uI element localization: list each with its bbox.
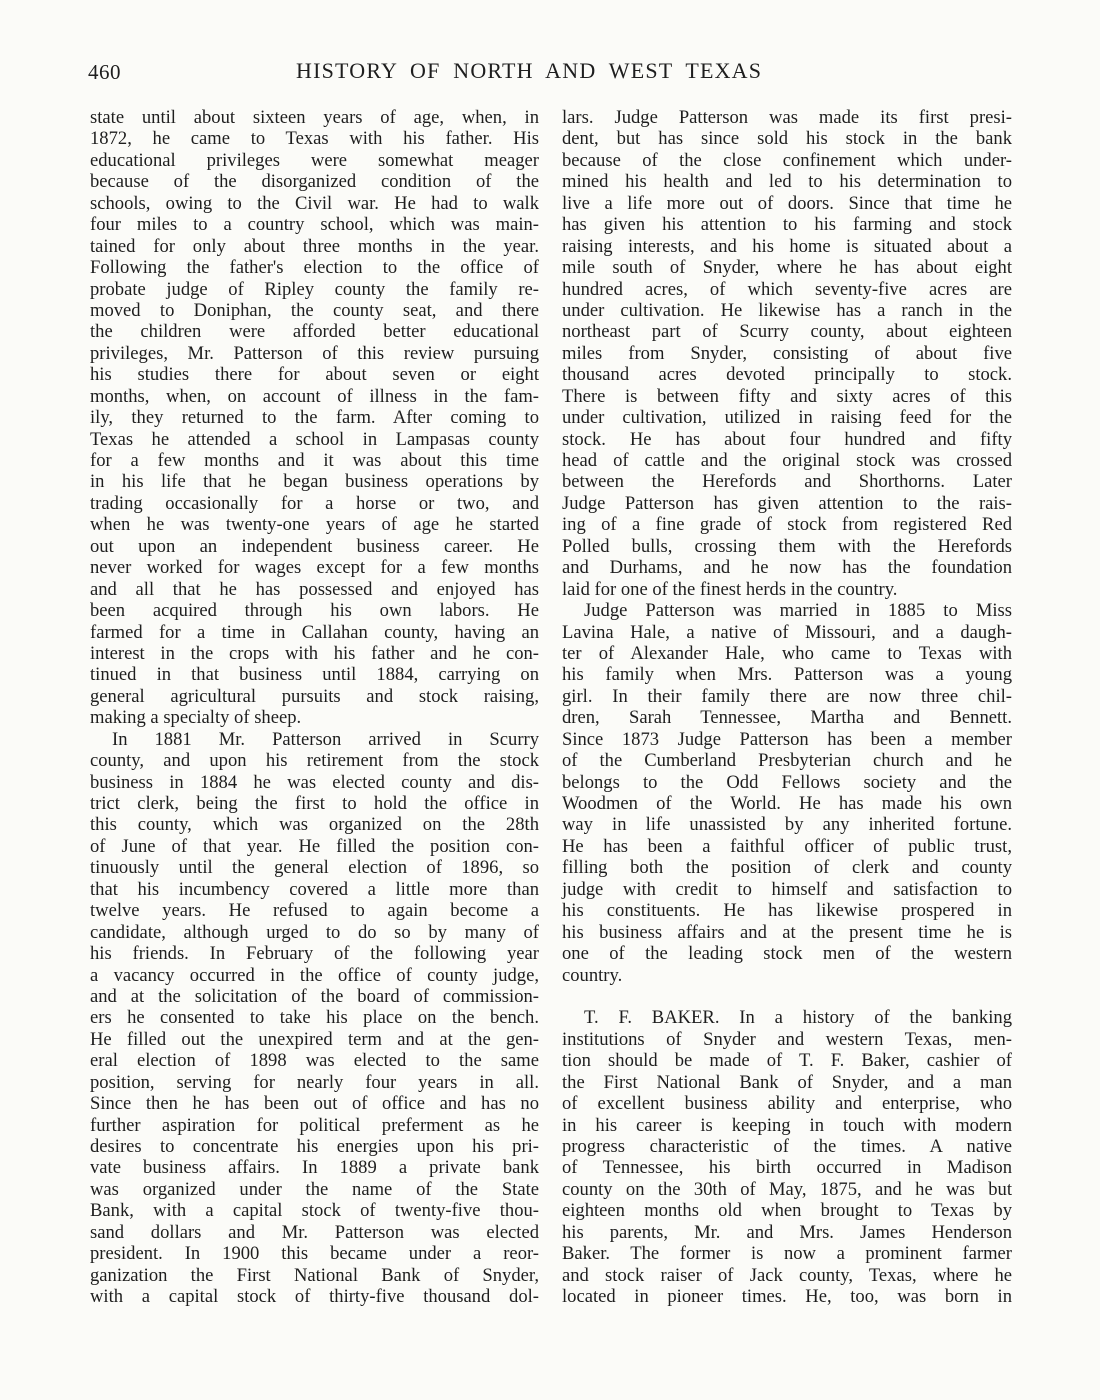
text-line: progress characteristic of the times. A … [562,1136,1012,1157]
text-line: making a specialty of sheep. [90,707,539,728]
text-line: tained for only about three months in th… [90,236,539,257]
text-line: 1872, he came to Texas with his father. … [90,128,539,149]
text-line: vate business affairs. In 1889 a private… [90,1157,539,1178]
text-line: moved to Doniphan, the county seat, and … [90,300,539,321]
text-line: laid for one of the finest herds in the … [562,579,1012,600]
text-line: his constituents. He has likewise prospe… [562,900,1012,921]
page-number: 460 [88,60,121,85]
text-line: because of the disorganized condition of… [90,171,539,192]
text-line: Judge Patterson has given attention to t… [562,493,1012,514]
text-line: located in pioneer times. He, too, was b… [562,1286,1012,1307]
text-line: There is between fifty and sixty acres o… [562,386,1012,407]
text-line: of Tennessee, his birth occurred in Madi… [562,1157,1012,1178]
text-line: four miles to a country school, which wa… [90,214,539,235]
text-line: dren, Sarah Tennessee, Martha and Bennet… [562,707,1012,728]
text-line: Following the father's election to the o… [90,257,539,278]
text-line: has given his attention to his farming a… [562,214,1012,235]
text-line: lars. Judge Patterson was made its first… [562,107,1012,128]
text-line: dent, but has since sold his stock in th… [562,128,1012,149]
text-line: country. [562,965,1012,986]
text-line: thousand acres devoted principally to st… [562,364,1012,385]
text-line: and stock raiser of Jack county, Texas, … [562,1265,1012,1286]
text-line: head of cattle and the original stock wa… [562,450,1012,471]
text-line: tion should be made of T. F. Baker, cash… [562,1050,1012,1071]
text-line: privileges, Mr. Patterson of this review… [90,343,539,364]
text-line: tinuously until the general election of … [90,857,539,878]
text-line: girl. In their family there are now thre… [562,686,1012,707]
text-line: probate judge of Ripley county the famil… [90,279,539,300]
text-line: that his incumbency covered a little mor… [90,879,539,900]
text-line: Judge Patterson was married in 1885 to M… [562,600,1012,621]
text-line: president. In 1900 this became under a r… [90,1243,539,1264]
text-line: way in life unassisted by any inherited … [562,814,1012,835]
text-line: schools, owing to the Civil war. He had … [90,193,539,214]
text-line: county, and upon his retirement from the… [90,750,539,771]
text-line: institutions of Snyder and western Texas… [562,1029,1012,1050]
text-line: desires to concentrate his energies upon… [90,1136,539,1157]
text-line: trict clerk, being the first to hold the… [90,793,539,814]
text-line: northeast part of Scurry county, about e… [562,321,1012,342]
text-line: his business affairs and at the present … [562,922,1012,943]
text-line: raising interests, and his home is situa… [562,236,1012,257]
text-line: under cultivation, utilized in raising f… [562,407,1012,428]
text-line: in his career is keeping in touch with m… [562,1115,1012,1136]
text-line: eighteen months old when brought to Texa… [562,1200,1012,1221]
text-line: the children were afforded better educat… [90,321,539,342]
text-line: In 1881 Mr. Patterson arrived in Scurry [90,729,539,750]
text-line: sand dollars and Mr. Patterson was elect… [90,1222,539,1243]
text-line: mile south of Snyder, where he has about… [562,257,1012,278]
text-line: his studies there for about seven or eig… [90,364,539,385]
text-line: live a life more out of doors. Since tha… [562,193,1012,214]
text-line: and all that he has possessed and enjoye… [90,579,539,600]
text-line: a vacancy occurred in the office of coun… [90,965,539,986]
text-line: T. F. BAKER. In a history of the banking [562,1007,1012,1028]
text-line: ing of a fine grade of stock from regist… [562,514,1012,535]
text-line: in his life that he began business opera… [90,471,539,492]
text-line: of excellent business ability and enterp… [562,1093,1012,1114]
text-line: Polled bulls, crossing them with the Her… [562,536,1012,557]
text-line: belongs to the Odd Fellows society and t… [562,772,1012,793]
text-line: tinued in that business until 1884, carr… [90,664,539,685]
text-line: because of the close confinement which u… [562,150,1012,171]
text-line: position, serving for nearly four years … [90,1072,539,1093]
text-line: this county, which was organized on the … [90,814,539,835]
text-line: ganization the First National Bank of Sn… [90,1265,539,1286]
text-line: of the Cumberland Presbyterian church an… [562,750,1012,771]
text-line: when he was twenty-one years of age he s… [90,514,539,535]
text-line: been acquired through his own labors. He [90,600,539,621]
text-line: months, when, on account of illness in t… [90,386,539,407]
text-line: county on the 30th of May, 1875, and he … [562,1179,1012,1200]
page-header: 460 HISTORY OF NORTH AND WEST TEXAS [88,58,1018,88]
text-line: Since 1873 Judge Patterson has been a me… [562,729,1012,750]
text-line: candidate, although urged to do so by ma… [90,922,539,943]
text-line: miles from Snyder, consisting of about f… [562,343,1012,364]
text-line: of June of that year. He filled the posi… [90,836,539,857]
right-column: lars. Judge Patterson was made its first… [562,107,1012,1308]
text-line: one of the leading stock men of the west… [562,943,1012,964]
text-line: Texas he attended a school in Lampasas c… [90,429,539,450]
text-line: for a few months and it was about this t… [90,450,539,471]
text-line: interest in the crops with his father an… [90,643,539,664]
text-line: general agricultural pursuits and stock … [90,686,539,707]
text-line: business in 1884 he was elected county a… [90,772,539,793]
text-line: hundred acres, of which seventy-five acr… [562,279,1012,300]
text-line: between the Herefords and Shorthorns. La… [562,471,1012,492]
text-line: trading occasionally for a horse or two,… [90,493,539,514]
text-line: Lavina Hale, a native of Missouri, and a… [562,622,1012,643]
text-line: ily, they returned to the farm. After co… [90,407,539,428]
text-line: further aspiration for political preferm… [90,1115,539,1136]
running-head: HISTORY OF NORTH AND WEST TEXAS [296,58,762,84]
text-line: his family when Mrs. Patterson was a you… [562,664,1012,685]
book-page: 460 HISTORY OF NORTH AND WEST TEXAS stat… [0,0,1100,1400]
text-line: mined his health and led to his determin… [562,171,1012,192]
paragraph-gap [562,986,1012,1007]
text-line: judge with credit to himself and satisfa… [562,879,1012,900]
text-line: Since then he has been out of office and… [90,1093,539,1114]
text-line: his friends. In February of the followin… [90,943,539,964]
text-line: Woodmen of the World. He has made his ow… [562,793,1012,814]
text-line: filling both the position of clerk and c… [562,857,1012,878]
left-column: state until about sixteen years of age, … [90,107,539,1308]
text-line: never worked for wages except for a few … [90,557,539,578]
text-line: educational privileges were somewhat mea… [90,150,539,171]
text-line: his parents, Mr. and Mrs. James Henderso… [562,1222,1012,1243]
text-line: state until about sixteen years of age, … [90,107,539,128]
text-line: Bank, with a capital stock of twenty-fiv… [90,1200,539,1221]
text-line: stock. He has about four hundred and fif… [562,429,1012,450]
text-line: farmed for a time in Callahan county, ha… [90,622,539,643]
text-line: twelve years. He refused to again become… [90,900,539,921]
text-line: He has been a faithful officer of public… [562,836,1012,857]
text-line: Baker. The former is now a prominent far… [562,1243,1012,1264]
text-line: and Durhams, and he now has the foundati… [562,557,1012,578]
text-line: was organized under the name of the Stat… [90,1179,539,1200]
text-line: ers he consented to take his place on th… [90,1007,539,1028]
text-line: He filled out the unexpired term and at … [90,1029,539,1050]
text-line: and at the solicitation of the board of … [90,986,539,1007]
text-line: ter of Alexander Hale, who came to Texas… [562,643,1012,664]
text-line: eral election of 1898 was elected to the… [90,1050,539,1071]
text-line: with a capital stock of thirty-five thou… [90,1286,539,1307]
text-line: the First National Bank of Snyder, and a… [562,1072,1012,1093]
text-line: under cultivation. He likewise has a ran… [562,300,1012,321]
text-line: out upon an independent business career.… [90,536,539,557]
